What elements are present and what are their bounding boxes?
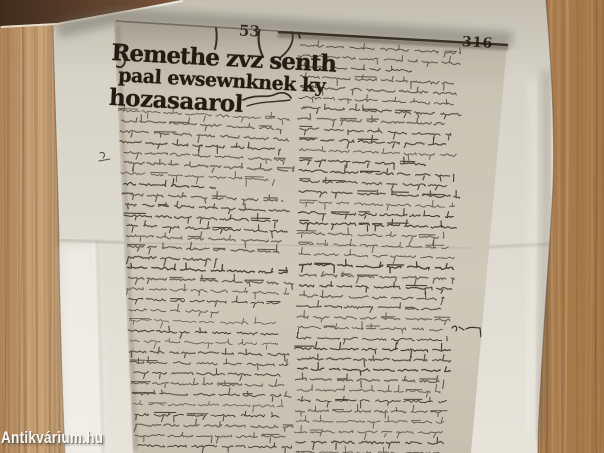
antique-book-page-photo: Remethe zvz senth paal ewsewnknek ky hoz… [0, 0, 604, 453]
folio-number: 53 [239, 21, 261, 40]
manuscript-heading: Remethe zvz senth paal ewsewnknek ky hoz… [108, 42, 336, 121]
watermark-antikvarium: Antikvárium.hu [1, 428, 103, 448]
page-number: 316 [462, 34, 494, 52]
